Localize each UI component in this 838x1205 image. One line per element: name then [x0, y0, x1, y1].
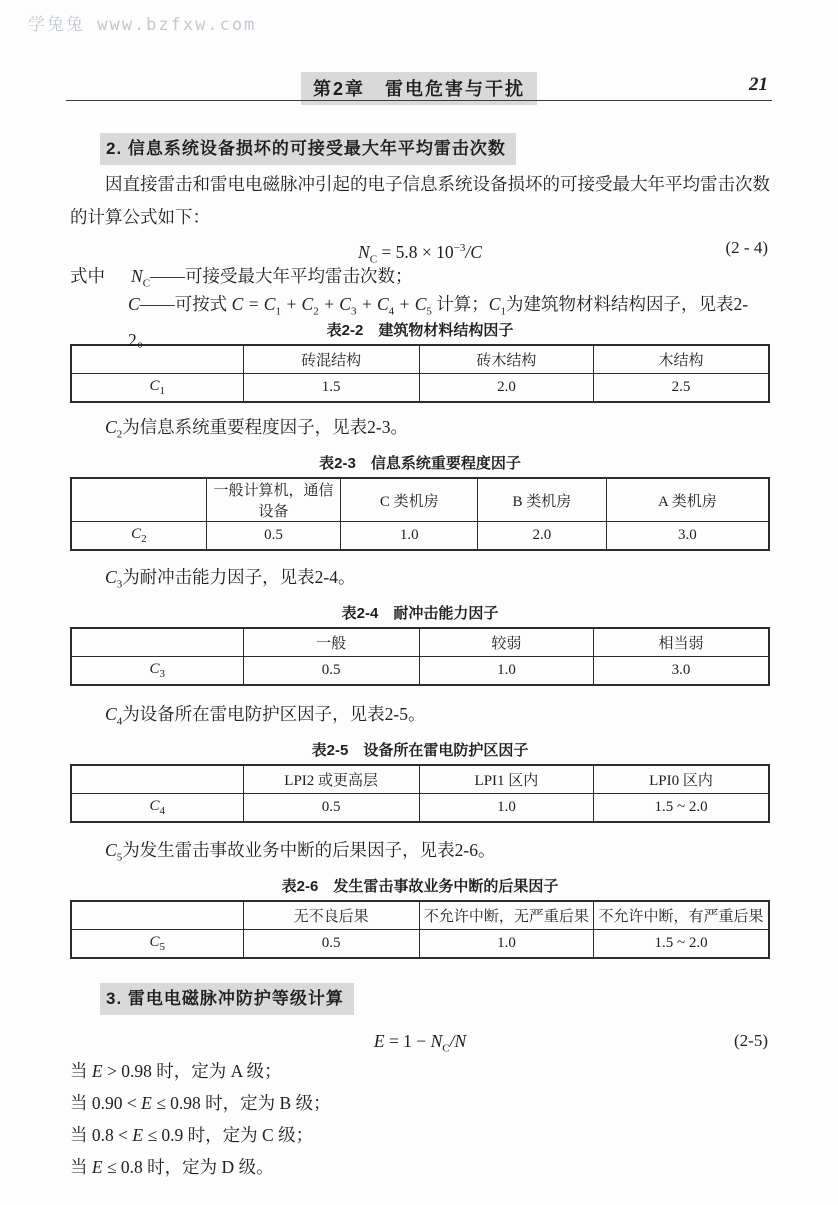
table-header-cell: 无不良后果: [243, 901, 419, 930]
table-header-row: LPI2 或更高层 LPI1 区内 LPI0 区内: [71, 765, 769, 794]
table-corner-cell: [71, 628, 243, 657]
math-variable-e: E: [92, 1157, 103, 1177]
math-variable: C: [105, 417, 117, 437]
table-row-label: C5: [71, 930, 243, 959]
math-variable-e: E: [92, 1061, 103, 1081]
math-variable-c1: C: [489, 294, 501, 314]
equation-number-2-5: (2-5): [734, 1027, 768, 1055]
table-value-cell: 0.5: [243, 930, 419, 959]
math-variable: C: [150, 934, 160, 950]
page-content: 2. 信息系统设备损坏的可接受最大年平均雷击次数 因直接雷击和雷电电磁脉冲引起的…: [70, 120, 770, 1183]
condition-prefix: 当 0.90 <: [70, 1093, 141, 1113]
formula-2-4: NC = 5.8 × 10−3/C (2 - 4): [70, 234, 770, 262]
math-subscript: C: [143, 278, 150, 290]
table-value-row: C2 0.5 1.0 2.0 3.0: [71, 522, 769, 551]
math-variable-e: E: [374, 1031, 385, 1051]
grade-condition-c: 当 0.8 < E ≤ 0.9 时，定为 C 级；: [70, 1119, 770, 1151]
math-subscript: 3: [160, 668, 166, 680]
table-value-cell: 1.0: [419, 657, 593, 686]
table-value-cell: 2.5: [594, 374, 769, 403]
math-variable-n: N: [131, 266, 143, 286]
table-2-3-caption: 表2-3 信息系统重要程度因子: [70, 453, 770, 475]
table-value-cell: 3.0: [606, 522, 769, 551]
table-header-cell: 较弱: [419, 628, 593, 657]
math-body: = 1 −: [385, 1031, 431, 1051]
table-corner-cell: [71, 765, 243, 794]
condition-text: ≤ 0.8 时，定为 D 级。: [103, 1157, 274, 1177]
table-value-cell: 1.5: [243, 374, 419, 403]
table-2-4-lead-text: 为耐冲击能力因子，见表2-4。: [122, 567, 355, 587]
table-2-4-lead: C3为耐冲击能力因子，见表2-4。: [105, 563, 770, 591]
table-value-cell: 1.5 ~ 2.0: [594, 930, 769, 959]
math-variable: C: [105, 704, 117, 724]
table-value-cell: 3.0: [594, 657, 769, 686]
table-value-cell: 0.5: [243, 794, 419, 823]
table-header-row: 一般 较弱 相当弱: [71, 628, 769, 657]
watermark-text: 学兔兔 www.bzfxw.com: [28, 10, 256, 35]
table-header-cell: 砖混结构: [243, 345, 419, 374]
where-clause-c: C——可按式 C = C1 + C2 + C3 + C4 + C5 计算；C1为…: [128, 290, 770, 318]
table-header-cell: LPI2 或更高层: [243, 765, 419, 794]
where-clause-c-lead: ——可按式: [140, 294, 232, 314]
table-value-cell: 0.5: [206, 522, 341, 551]
table-2-5-lead: C4为设备所在雷电防护区因子，见表2-5。: [105, 700, 770, 728]
table-2-6-lead: C5为发生雷击事故业务中断的后果因子，见表2-6。: [105, 836, 770, 864]
math-subscript: C: [442, 1043, 449, 1055]
table-header-cell: LPI1 区内: [419, 765, 593, 794]
math-equation-part: + C: [356, 294, 388, 314]
math-variable-e: E: [141, 1093, 152, 1113]
math-variable: C: [150, 378, 160, 394]
formula-2-5: E = 1 − NC/N (2-5): [70, 1027, 770, 1055]
math-variable-e: E: [132, 1125, 143, 1145]
table-value-row: C3 0.5 1.0 3.0: [71, 657, 769, 686]
table-header-cell: 木结构: [594, 345, 769, 374]
table-2-3-lead-text: 为信息系统重要程度因子，见表2-3。: [122, 417, 408, 437]
document-page: 学兔兔 www.bzfxw.com 第2章 雷电危害与干扰 21 2. 信息系统…: [0, 0, 838, 1205]
table-2-5-caption: 表2-5 设备所在雷电防护区因子: [70, 740, 770, 762]
condition-prefix: 当 0.8 <: [70, 1125, 132, 1145]
table-value-row: C1 1.5 2.0 2.5: [71, 374, 769, 403]
table-value-cell: 1.5 ~ 2.0: [594, 794, 769, 823]
condition-text: ≤ 0.98 时，定为 B 级；: [152, 1093, 331, 1113]
table-header-cell: LPI0 区内: [594, 765, 769, 794]
condition-prefix: 当: [70, 1061, 92, 1081]
where-label: 式中: [70, 266, 105, 286]
table-value-cell: 1.0: [419, 930, 593, 959]
table-header-cell: C 类机房: [341, 478, 478, 522]
grade-condition-a: 当 E > 0.98 时，定为 A 级；: [70, 1055, 770, 1087]
math-variable: C: [105, 567, 117, 587]
table-header-cell: 不允许中断，有严重后果: [594, 901, 769, 930]
math-subscript: C: [370, 253, 377, 265]
table-header-row: 一般计算机，通信设备 C 类机房 B 类机房 A 类机房: [71, 478, 769, 522]
section-3-heading-text: 3. 雷电电磁脉冲防护等级计算: [100, 983, 354, 1015]
math-divisor: /C: [465, 242, 482, 262]
math-variable-c: C: [128, 294, 140, 314]
condition-text: > 0.98 时，定为 A 级；: [103, 1061, 282, 1081]
table-corner-cell: [71, 345, 243, 374]
table-2-3: 一般计算机，通信设备 C 类机房 B 类机房 A 类机房 C2 0.5 1.0 …: [70, 477, 770, 551]
table-value-cell: 2.0: [478, 522, 607, 551]
table-header-cell: 一般: [243, 628, 419, 657]
table-2-2: 砖混结构 砖木结构 木结构 C1 1.5 2.0 2.5: [70, 344, 770, 403]
formula-2-5-expression: E = 1 − NC/N: [374, 1031, 466, 1051]
table-header-cell: A 类机房: [606, 478, 769, 522]
section-2-heading-text: 2. 信息系统设备损坏的可接受最大年平均雷击次数: [100, 133, 516, 165]
math-equation-part: + C: [319, 294, 351, 314]
grade-condition-b: 当 0.90 < E ≤ 0.98 时，定为 B 级；: [70, 1087, 770, 1119]
table-header-cell: 一般计算机，通信设备: [206, 478, 341, 522]
table-2-5: LPI2 或更高层 LPI1 区内 LPI0 区内 C4 0.5 1.0 1.5…: [70, 764, 770, 823]
where-clause-nc-text: ——可接受最大年平均雷击次数；: [150, 266, 413, 286]
formula-2-4-expression: NC = 5.8 × 10−3/C: [358, 242, 482, 262]
math-subscript: 1: [160, 385, 166, 397]
table-corner-cell: [71, 901, 243, 930]
table-header-row: 砖混结构 砖木结构 木结构: [71, 345, 769, 374]
math-variable: C: [105, 840, 117, 860]
table-value-row: C4 0.5 1.0 1.5 ~ 2.0: [71, 794, 769, 823]
table-value-cell: 1.0: [341, 522, 478, 551]
grade-condition-d: 当 E ≤ 0.8 时，定为 D 级。: [70, 1151, 770, 1183]
table-header-cell: 相当弱: [594, 628, 769, 657]
math-exponent: −3: [454, 242, 466, 254]
math-variable-n: N: [358, 242, 370, 262]
intro-paragraph: 因直接雷击和雷电电磁脉冲引起的电子信息系统设备损坏的可接受最大年平均雷击次数的计…: [70, 168, 770, 234]
table-2-3-lead: C2为信息系统重要程度因子，见表2-3。: [105, 413, 770, 441]
math-subscript: 5: [160, 941, 166, 953]
section-2-heading: 2. 信息系统设备损坏的可接受最大年平均雷击次数: [100, 133, 770, 160]
header-rule: [66, 100, 772, 101]
table-row-label: C3: [71, 657, 243, 686]
table-row-label: C1: [71, 374, 243, 403]
table-2-4-caption: 表2-4 耐冲击能力因子: [70, 603, 770, 625]
condition-text: ≤ 0.9 时，定为 C 级；: [143, 1125, 313, 1145]
table-2-6-lead-text: 为发生雷击事故业务中断的后果因子，见表2-6。: [122, 840, 495, 860]
math-divisor: /N: [450, 1031, 467, 1051]
math-variable: C: [150, 661, 160, 677]
table-header-cell: 砖木结构: [419, 345, 593, 374]
table-row-label: C4: [71, 794, 243, 823]
table-header-cell: 不允许中断，无严重后果: [419, 901, 593, 930]
table-header-row: 无不良后果 不允许中断，无严重后果 不允许中断，有严重后果: [71, 901, 769, 930]
table-2-5-lead-text: 为设备所在雷电防护区因子，见表2-5。: [122, 704, 425, 724]
table-value-cell: 1.0: [419, 794, 593, 823]
math-subscript: 4: [160, 805, 166, 817]
where-clause-c-mid: 计算；: [432, 294, 489, 314]
equation-number-2-4: (2 - 4): [726, 234, 768, 262]
table-row-label: C2: [71, 522, 206, 551]
table-2-2-caption: 表2-2 建筑物材料结构因子: [70, 320, 770, 342]
table-value-cell: 2.0: [419, 374, 593, 403]
math-equation-part: + C: [281, 294, 313, 314]
math-equation-part: C = C: [232, 294, 276, 314]
table-2-6: 无不良后果 不允许中断，无严重后果 不允许中断，有严重后果 C5 0.5 1.0…: [70, 900, 770, 959]
table-value-cell: 0.5: [243, 657, 419, 686]
math-body: = 5.8 × 10: [377, 242, 454, 262]
math-variable-n: N: [431, 1031, 443, 1051]
where-clause-nc: 式中NC——可接受最大年平均雷击次数；: [70, 262, 770, 290]
math-equation-part: + C: [394, 294, 426, 314]
table-2-6-caption: 表2-6 发生雷击事故业务中断的后果因子: [70, 876, 770, 898]
math-subscript: 2: [141, 533, 147, 545]
table-2-4: 一般 较弱 相当弱 C3 0.5 1.0 3.0: [70, 627, 770, 686]
table-header-cell: B 类机房: [478, 478, 607, 522]
math-variable: C: [150, 798, 160, 814]
condition-prefix: 当: [70, 1157, 92, 1177]
table-value-row: C5 0.5 1.0 1.5 ~ 2.0: [71, 930, 769, 959]
math-variable: C: [131, 526, 141, 542]
page-number: 21: [749, 74, 768, 96]
table-corner-cell: [71, 478, 206, 522]
section-3-heading: 3. 雷电电磁脉冲防护等级计算: [100, 983, 770, 1013]
